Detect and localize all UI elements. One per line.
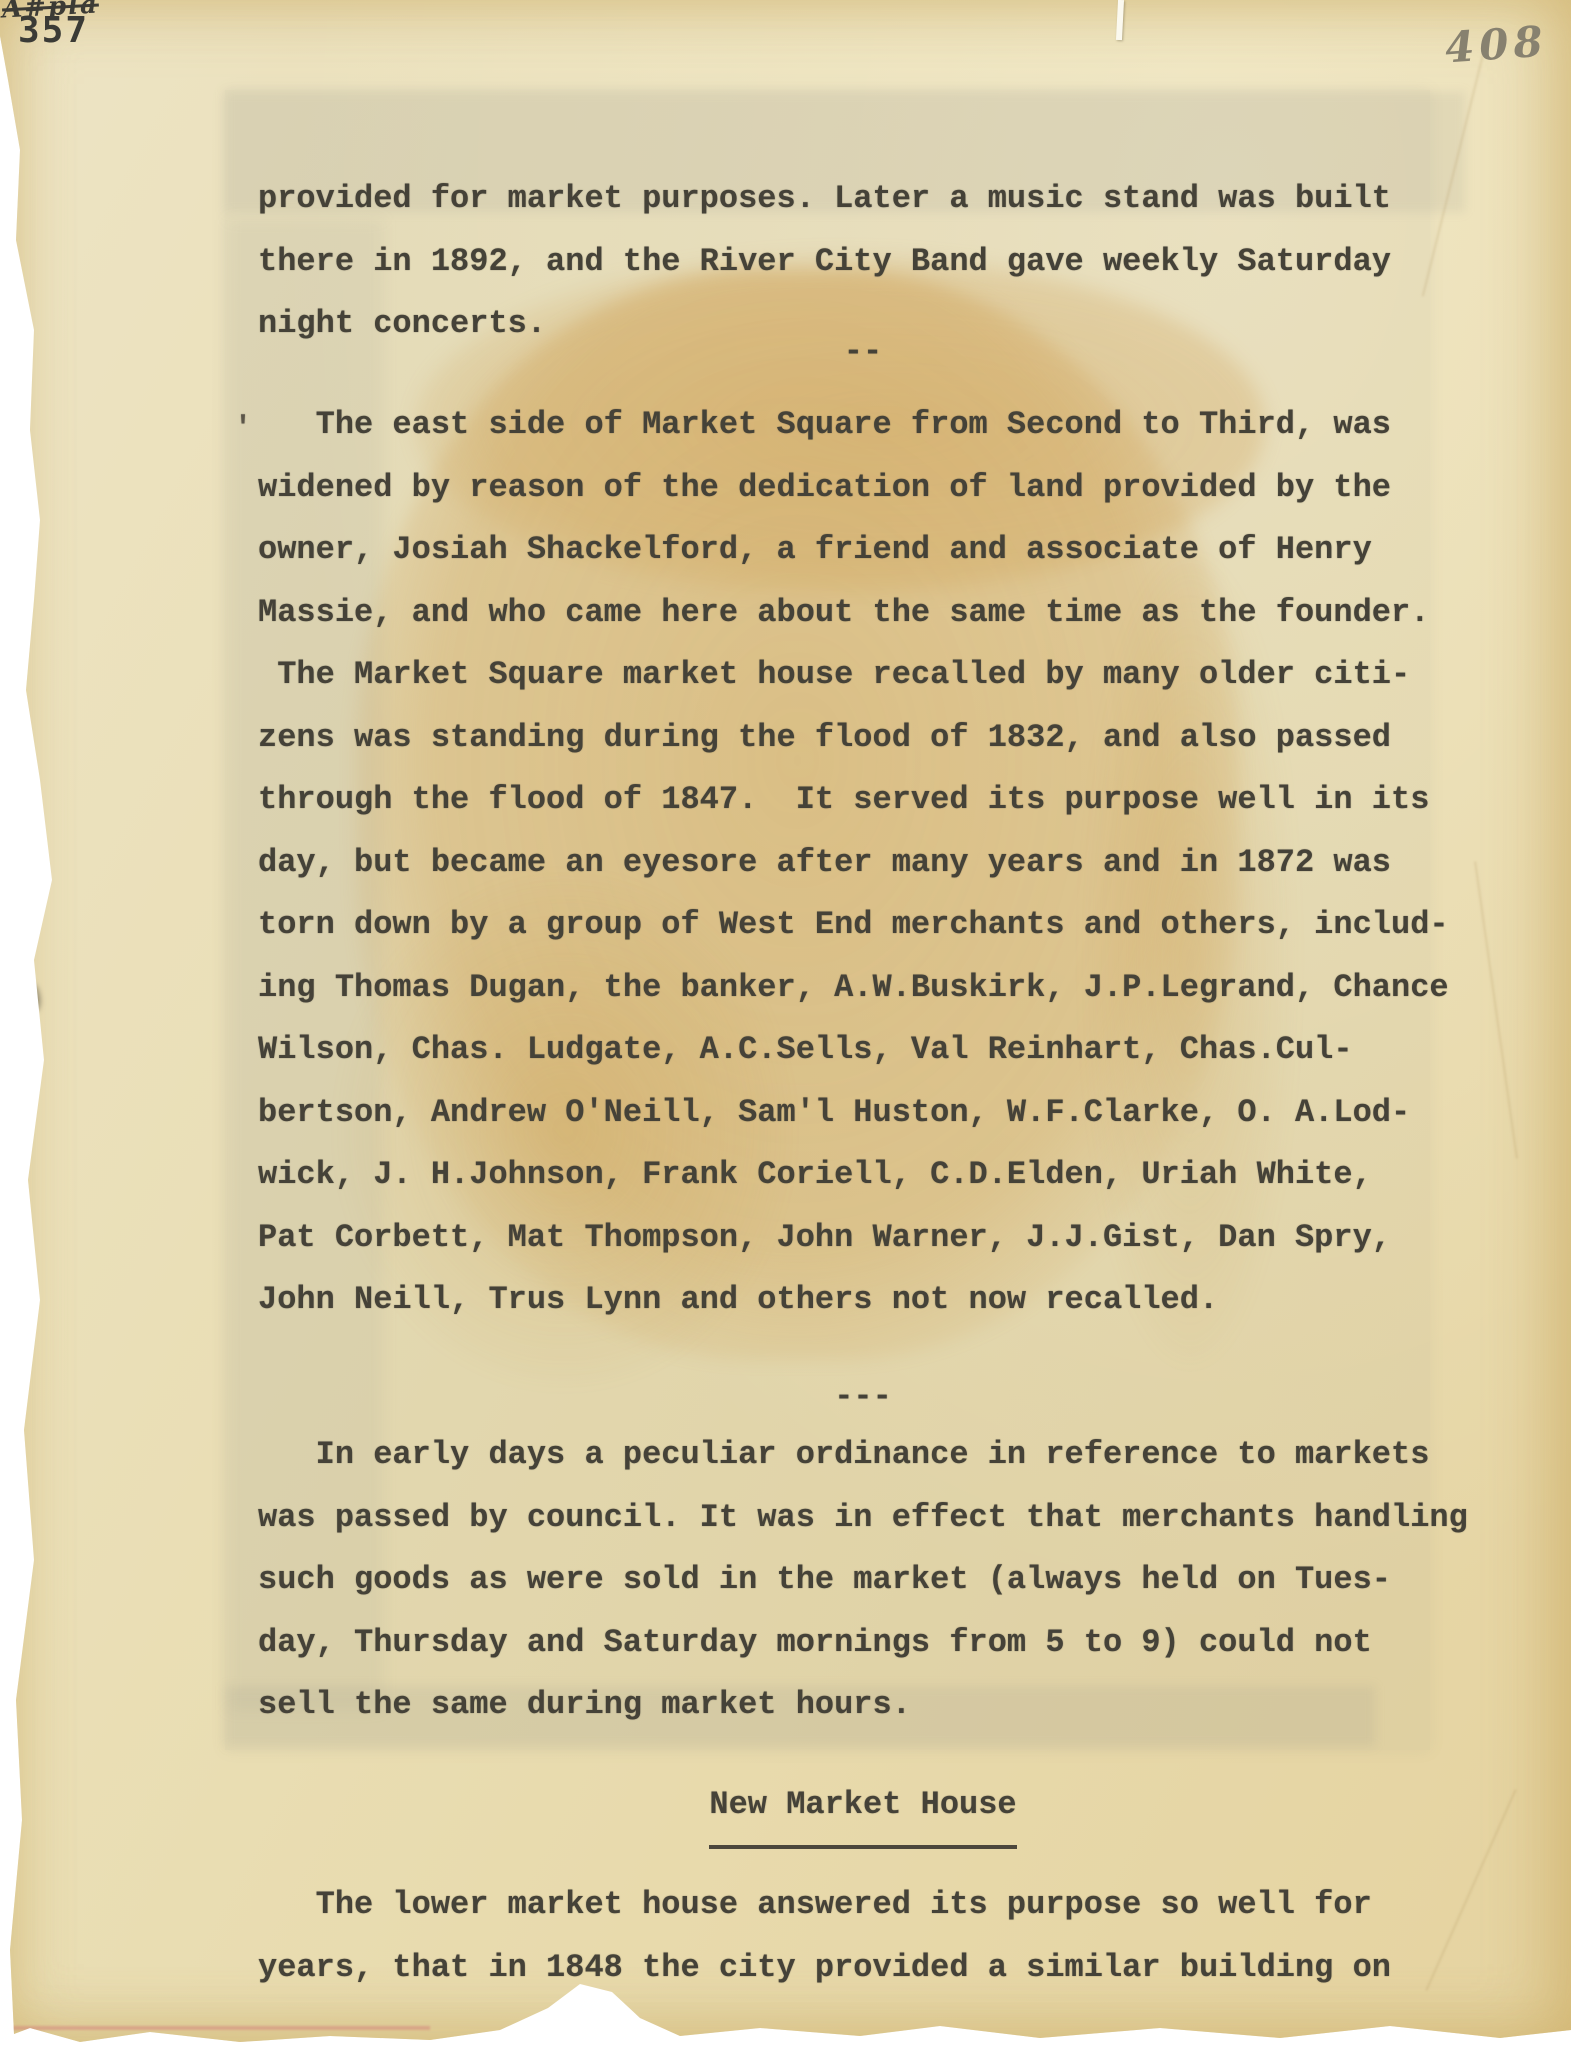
underlying-sheet-edge: [0, 2026, 430, 2030]
section-heading-text: New Market House: [709, 1774, 1016, 1849]
paragraph-lower-market: The lower market house answered its purp…: [258, 1874, 1391, 1999]
section-divider-1: --: [258, 321, 1468, 384]
stain-upper: [415, 255, 1265, 595]
crossed-out-annotation: A#pla: [1, 0, 99, 25]
tear-mark: [1116, 0, 1124, 40]
stray-pen-mark: ': [234, 398, 252, 461]
mounted-sheet-overlay: [225, 90, 1430, 1750]
stain-right: [1090, 560, 1290, 1360]
stain-center: [355, 270, 1240, 1360]
section-divider-2: ---: [258, 1366, 1468, 1429]
paragraph-music-stand: provided for market purposes. Later a mu…: [258, 168, 1391, 356]
typed-text-layer: ' provided for market purposes. Later a …: [0, 0, 1571, 2048]
stain-lower: [345, 880, 785, 1380]
page-number-stamp: 357: [18, 10, 89, 51]
stain-band-top: [225, 92, 1465, 212]
ink-smudge: [20, 982, 44, 1014]
section-heading: New Market House: [258, 1774, 1468, 1849]
crease-mark: [1474, 861, 1518, 1158]
stain-strip-left: [228, 220, 383, 1710]
paragraph-market-square: The east side of Market Square from Seco…: [258, 394, 1449, 1332]
crease-mark: [1422, 53, 1484, 296]
paper-sheet: A#pla 357 408 ' provided for market purp…: [0, 0, 1571, 2048]
scanned-page: A#pla 357 408 ' provided for market purp…: [0, 0, 1571, 2048]
stain-band-bottom: [225, 1686, 1375, 1746]
page-number-pencil: 408: [1443, 16, 1549, 72]
crease-mark: [1425, 1789, 1516, 1991]
paragraph-ordinance: In early days a peculiar ordinance in re…: [258, 1424, 1468, 1737]
